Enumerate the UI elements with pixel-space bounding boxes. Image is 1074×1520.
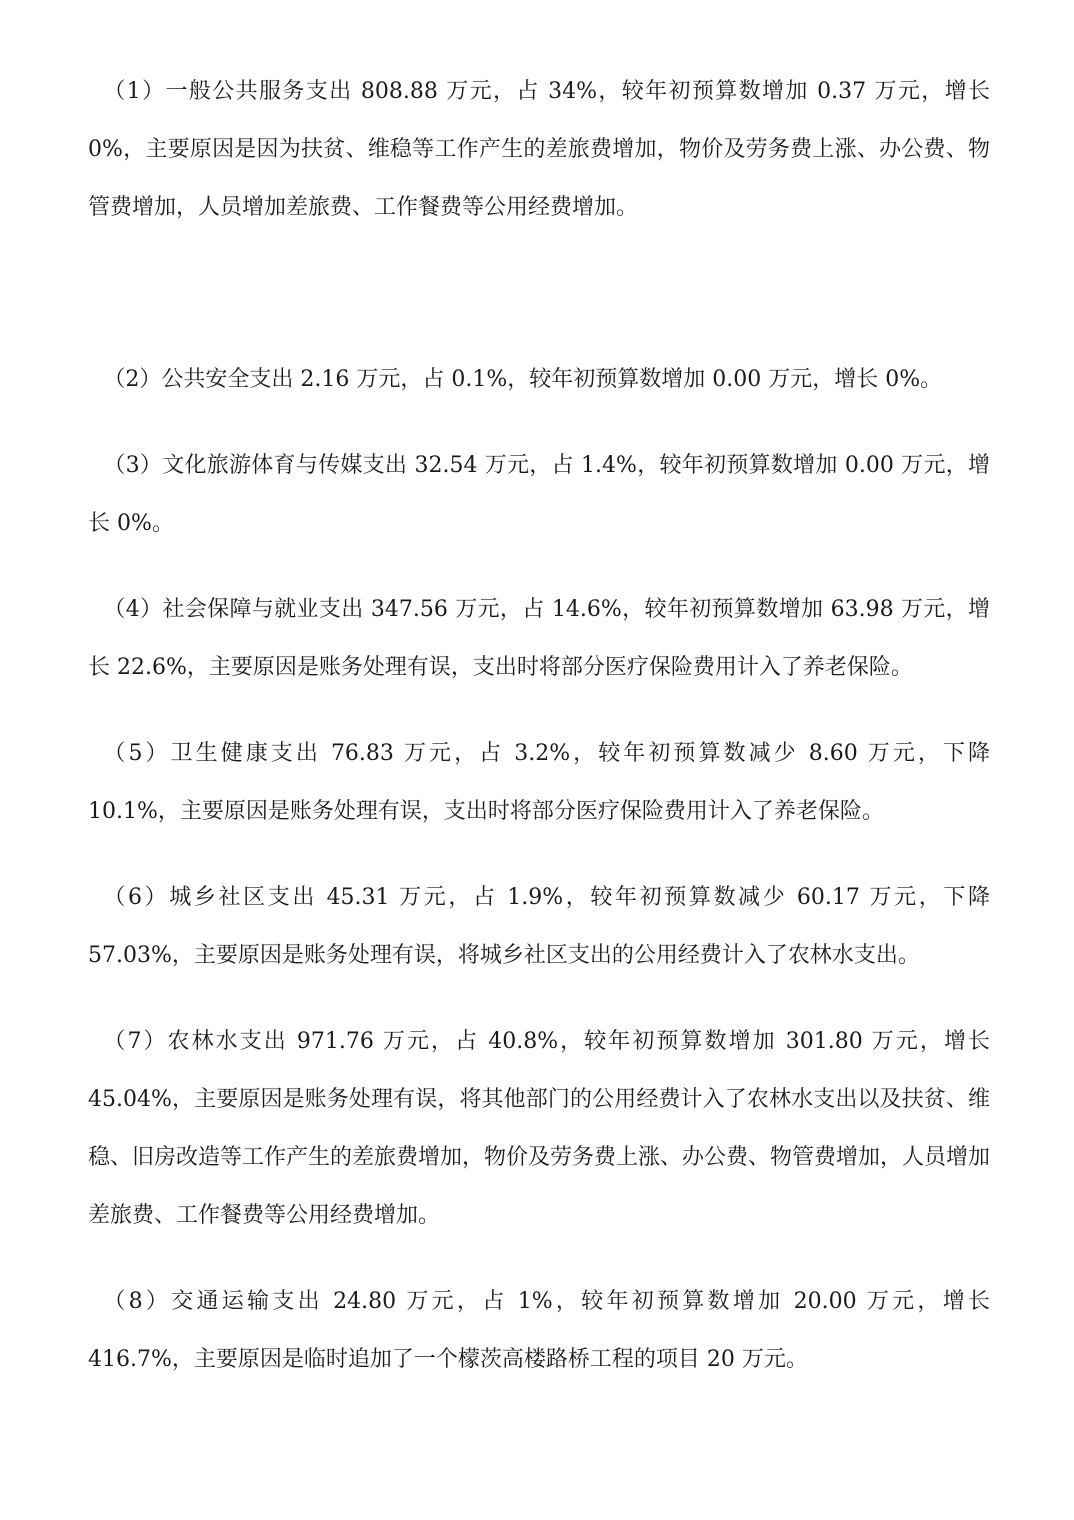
paragraph-3-culture-tourism-sports-media: （3）文化旅游体育与传媒支出 32.54 万元，占 1.4%，较年初预算数增加 … bbox=[88, 437, 990, 553]
blank-line bbox=[88, 265, 990, 323]
paragraph-2-public-safety: （2）公共安全支出 2.16 万元，占 0.1%，较年初预算数增加 0.00 万… bbox=[88, 351, 990, 409]
document-page: （1）一般公共服务支出 808.88 万元，占 34%，较年初预算数增加 0.3… bbox=[0, 0, 1074, 1520]
paragraph-4-social-security-employment: （4）社会保障与就业支出 347.56 万元，占 14.6%，较年初预算数增加 … bbox=[88, 581, 990, 697]
paragraph-8-transportation: （8）交通运输支出 24.80 万元，占 1%，较年初预算数增加 20.00 万… bbox=[88, 1273, 990, 1389]
paragraph-5-health: （5）卫生健康支出 76.83 万元，占 3.2%，较年初预算数减少 8.60 … bbox=[88, 725, 990, 841]
paragraph-6-urban-rural-community: （6）城乡社区支出 45.31 万元，占 1.9%，较年初预算数减少 60.17… bbox=[88, 869, 990, 985]
paragraph-1-general-public-services: （1）一般公共服务支出 808.88 万元，占 34%，较年初预算数增加 0.3… bbox=[88, 63, 990, 237]
paragraph-7-agriculture-forestry-water: （7）农林水支出 971.76 万元，占 40.8%，较年初预算数增加 301.… bbox=[88, 1013, 990, 1245]
